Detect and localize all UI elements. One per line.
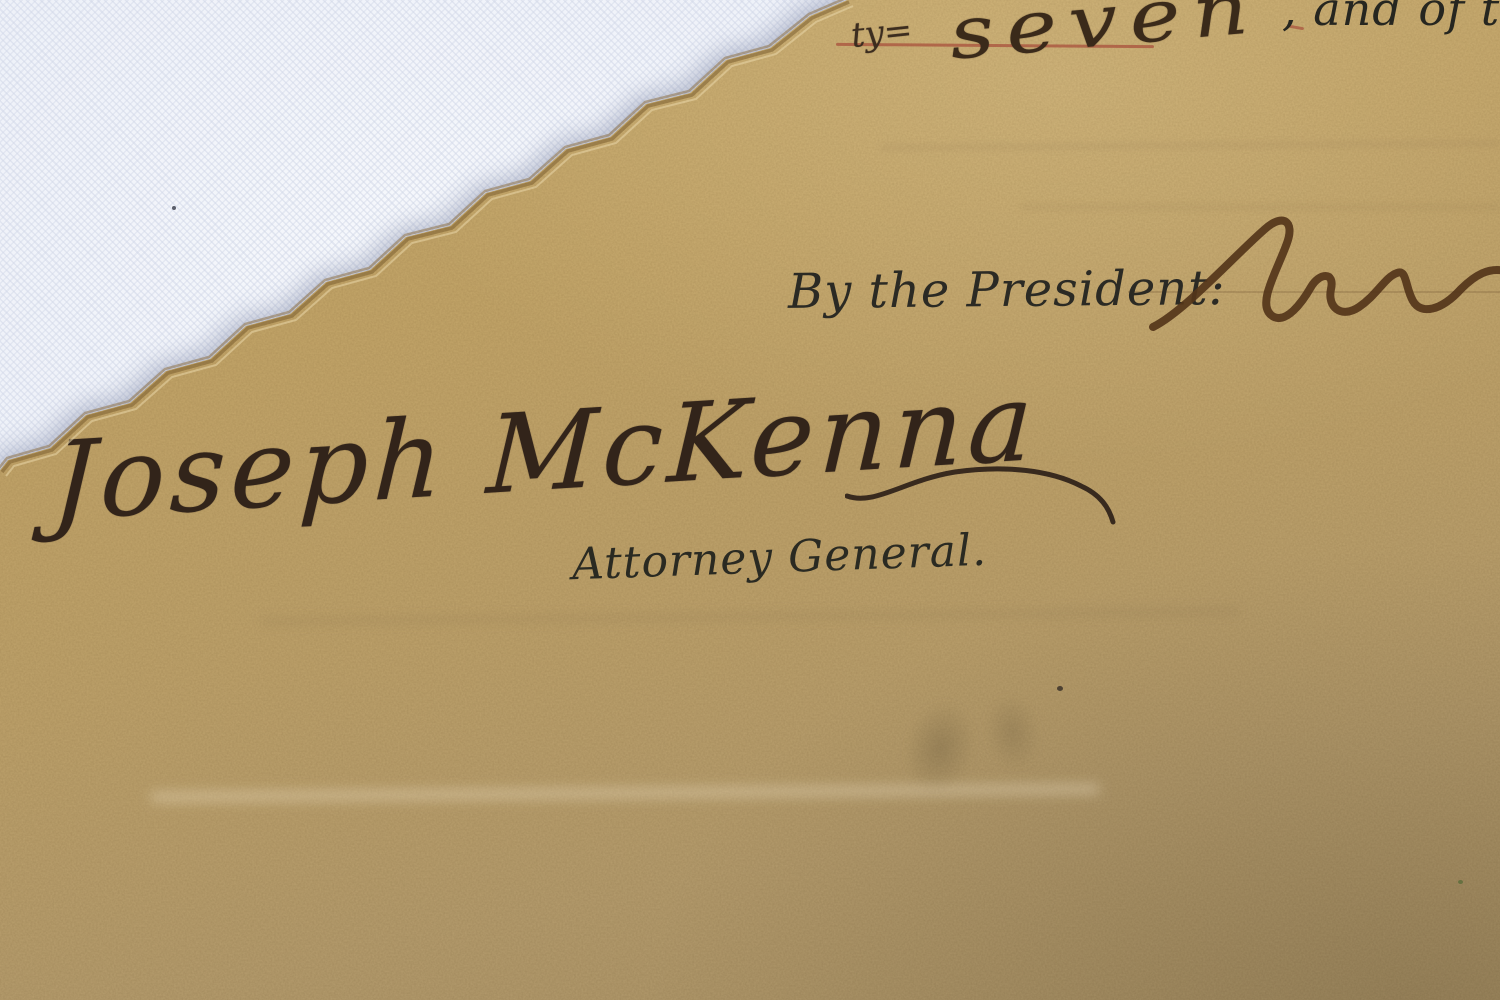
ink-speck bbox=[1057, 686, 1063, 691]
document-paper: ty= seven , and of th By the President: … bbox=[0, 0, 1500, 1000]
photo-of-torn-document: ty= seven , and of th By the President: … bbox=[0, 0, 1500, 1000]
president-signature-fragment bbox=[1145, 215, 1500, 350]
paper-discoloration-streak bbox=[1020, 204, 1500, 210]
printed-text-fragment: , and of th bbox=[1282, 0, 1500, 36]
handwritten-date-prefix: ty= bbox=[849, 10, 914, 56]
paper-fleck bbox=[1458, 880, 1463, 884]
